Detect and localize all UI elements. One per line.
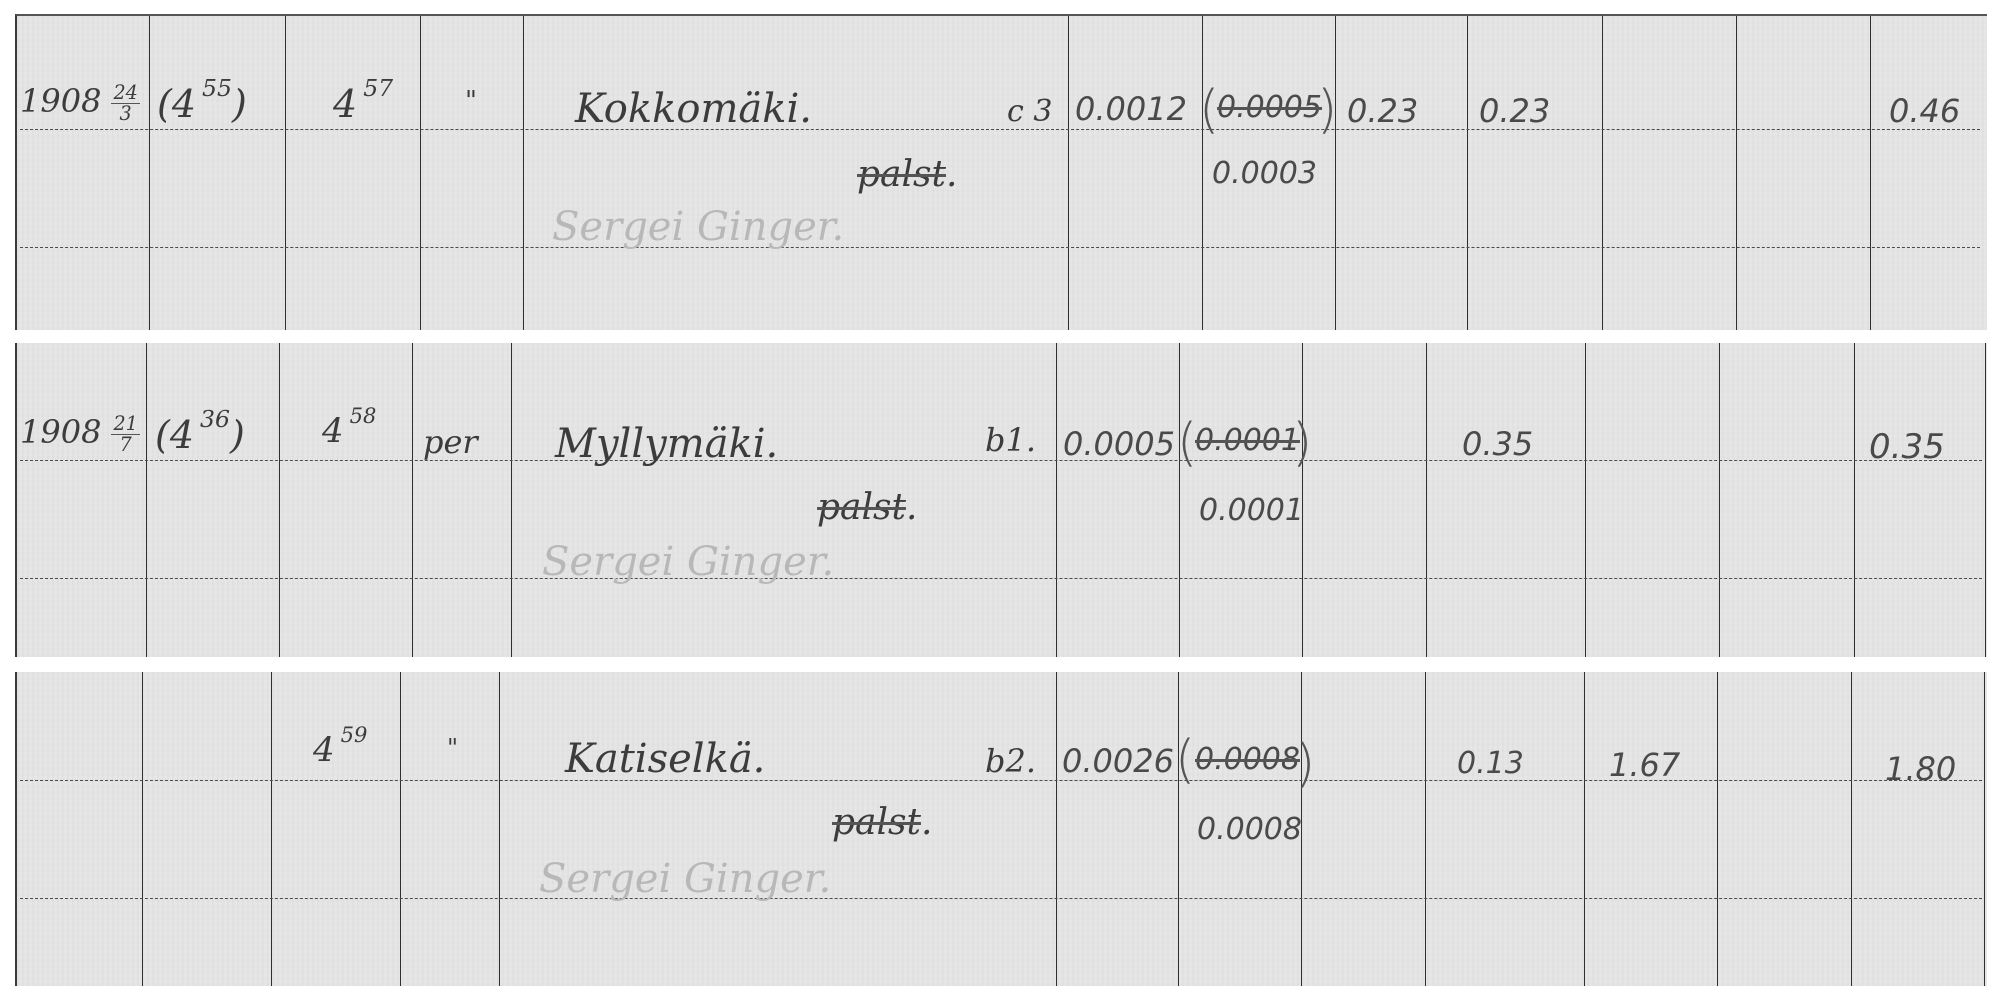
bracket-close: )	[1292, 413, 1312, 473]
column-divider	[1056, 343, 1057, 657]
date-fraction: 243	[111, 83, 139, 124]
note: palst.	[832, 802, 932, 843]
prev-ref-close: )	[230, 413, 245, 457]
value-b-corrected: 0.0008	[1197, 812, 1302, 847]
value-a: 0.0026	[1062, 742, 1174, 780]
column-divider	[1585, 343, 1586, 657]
column-divider	[511, 343, 512, 657]
property-class: b1.	[985, 421, 1036, 459]
value-c: 0.23	[1347, 92, 1418, 130]
property-name: Kokkomäki.	[575, 86, 812, 132]
value-b-struck: 0.0005	[1217, 90, 1322, 125]
ref-text: 4	[322, 411, 344, 451]
ref-text: 4	[313, 730, 335, 770]
note-struck: palst	[857, 154, 946, 195]
row-rule	[20, 898, 1982, 899]
prev-ref-sup: 55	[202, 74, 232, 102]
value-e: 1.67	[1609, 746, 1680, 784]
row-rule	[20, 247, 1980, 248]
value-d: 0.35	[1462, 425, 1533, 463]
column-divider	[271, 672, 272, 986]
column-divider	[1602, 16, 1603, 330]
value-d: 0.23	[1479, 92, 1550, 130]
property-class: c 3	[1007, 94, 1052, 129]
note: palst.	[857, 154, 957, 195]
column-divider	[1426, 343, 1427, 657]
column-divider	[412, 343, 413, 657]
row-total: 0.46	[1889, 92, 1960, 130]
column-divider	[149, 16, 150, 330]
column-divider	[142, 672, 143, 986]
column-divider	[1736, 16, 1737, 330]
previous-reference: (436)	[155, 405, 245, 457]
reference: 459	[313, 722, 367, 770]
column-divider	[523, 16, 524, 330]
ledger-strip-3: 459 " Katiselkä. b2. palst. Sergei Ginge…	[15, 672, 1987, 986]
column-divider	[1178, 672, 1179, 986]
property-name: Myllymäki.	[555, 421, 778, 467]
value-b-corrected: 0.0003	[1212, 156, 1317, 191]
column-divider	[420, 16, 421, 330]
note-tail: .	[921, 802, 932, 843]
column-divider	[499, 672, 500, 986]
row-total: 1.80	[1885, 750, 1956, 788]
ditto-mark: "	[447, 734, 458, 762]
row-rule	[20, 129, 1980, 130]
value-b-struck: 0.0008	[1195, 742, 1300, 777]
ditto-mark: per	[423, 423, 478, 461]
entry-year: 1908	[20, 82, 101, 120]
column-divider	[1467, 16, 1468, 330]
row-total: 0.35	[1869, 427, 1945, 467]
property-class: b2.	[985, 742, 1036, 780]
column-divider	[1335, 16, 1336, 330]
value-b-corrected: 0.0001	[1199, 493, 1304, 528]
ledger-strip-1: 1908243 (455) 457 " Kokkomäki. c 3 palst…	[15, 14, 1987, 330]
column-divider	[400, 672, 401, 986]
ledger-strip-2: 1908217 (436) 458 per Myllymäki. b1. pal…	[15, 343, 1987, 657]
row-rule	[20, 780, 1982, 781]
date-day: 21	[111, 414, 139, 435]
column-divider	[285, 16, 286, 330]
prev-ref-text: (4	[157, 82, 196, 126]
bracket-close: )	[1295, 734, 1315, 794]
prev-ref-close: )	[232, 82, 247, 126]
note: palst.	[817, 487, 917, 528]
column-divider	[1719, 343, 1720, 657]
value-a: 0.0005	[1063, 425, 1175, 463]
owner-name: Sergei Ginger.	[539, 856, 831, 902]
column-divider	[1717, 672, 1718, 986]
note-tail: .	[946, 154, 957, 195]
entry-year: 1908	[20, 413, 101, 451]
row-rule	[20, 578, 1982, 579]
ref-sup: 58	[350, 403, 377, 428]
ditto-mark: "	[465, 86, 477, 116]
value-d: 0.13	[1457, 746, 1524, 781]
reference: 458	[322, 403, 376, 451]
ref-sup: 57	[363, 74, 393, 102]
column-divider	[1425, 672, 1426, 986]
owner-name: Sergei Ginger.	[552, 204, 844, 250]
ref-sup: 59	[341, 722, 368, 747]
column-divider	[279, 343, 280, 657]
column-divider	[1985, 343, 1986, 657]
column-divider	[1056, 672, 1057, 986]
value-b-struck: 0.0001	[1195, 423, 1300, 458]
date-month: 3	[111, 104, 139, 124]
entry-date: 1908243	[20, 82, 140, 124]
previous-reference: (455)	[157, 74, 247, 126]
entry-date: 1908217	[20, 413, 140, 455]
prev-ref-sup: 36	[200, 405, 230, 433]
column-divider	[1202, 16, 1203, 330]
date-month: 7	[111, 435, 139, 455]
property-name: Katiselkä.	[565, 736, 765, 782]
column-divider	[1584, 672, 1585, 986]
note-struck: palst	[817, 487, 906, 528]
bracket-open: (	[1175, 730, 1195, 790]
reference: 457	[333, 74, 393, 126]
column-divider	[1984, 672, 1985, 986]
bracket-close: )	[1317, 80, 1337, 140]
row-rule	[20, 460, 1982, 461]
date-fraction: 217	[111, 414, 139, 455]
owner-name: Sergei Ginger.	[542, 539, 834, 585]
ref-text: 4	[333, 82, 357, 126]
date-day: 24	[111, 83, 139, 104]
prev-ref-text: (4	[155, 413, 194, 457]
note-struck: palst	[832, 802, 921, 843]
column-divider	[1851, 672, 1852, 986]
column-divider	[1068, 16, 1069, 330]
column-divider	[1179, 343, 1180, 657]
value-a: 0.0012	[1075, 90, 1187, 128]
note-tail: .	[906, 487, 917, 528]
column-divider	[1870, 16, 1871, 330]
column-divider	[1854, 343, 1855, 657]
column-divider	[146, 343, 147, 657]
